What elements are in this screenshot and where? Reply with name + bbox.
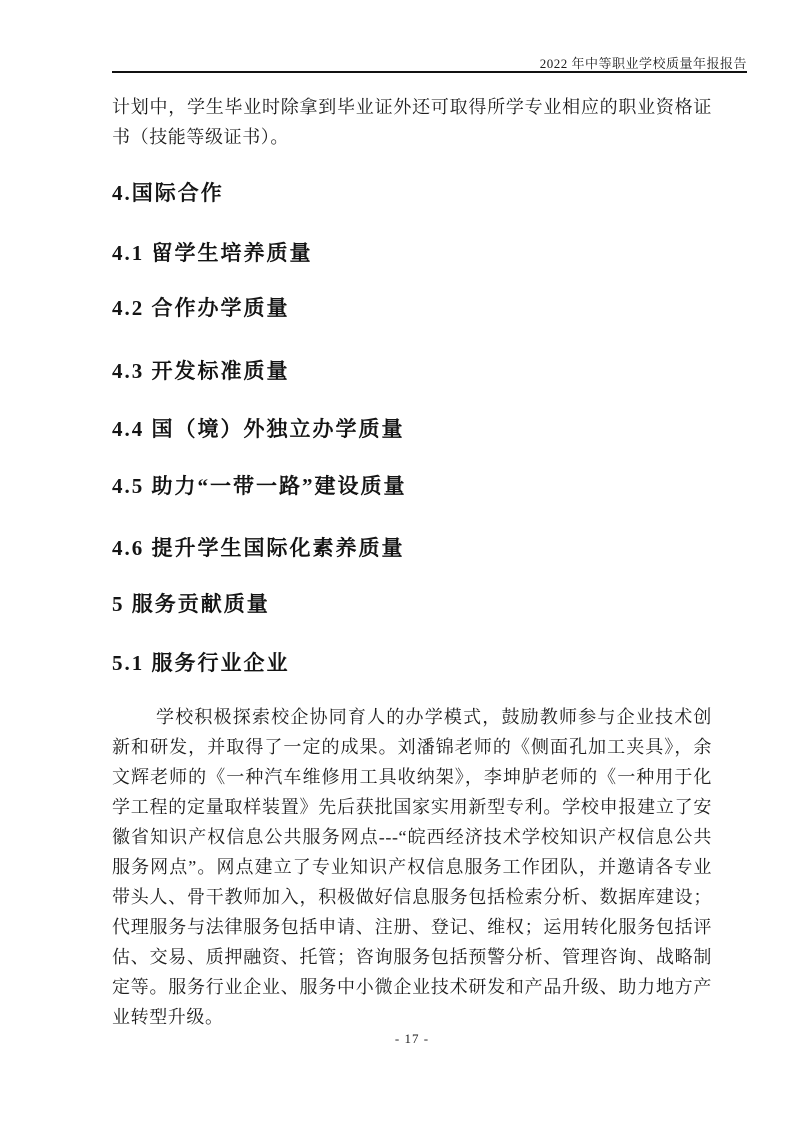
- heading-5-1-serving-industry-enterprises: 5.1 服务行业企业: [112, 651, 747, 675]
- heading-4-6-student-internationalization-quality: 4.6 提升学生国际化素养质量: [112, 536, 747, 560]
- heading-4-3-standards-development-quality: 4.3 开发标准质量: [112, 359, 747, 383]
- heading-4-1-international-student-quality: 4.1 留学生培养质量: [112, 241, 747, 265]
- page-footer: - 17 -: [112, 1031, 712, 1047]
- paragraph-section-5-1-body: 学校积极探索校企协同育人的办学模式，鼓励教师参与企业技术创新和研发，并取得了一定…: [112, 702, 712, 1032]
- paragraph-continuation: 计划中，学生毕业时除拿到毕业证外还可取得所学专业相应的职业资格证书（技能等级证书…: [112, 92, 712, 152]
- heading-4-international-cooperation: 4.国际合作: [112, 181, 747, 205]
- heading-4-5-belt-and-road-quality: 4.5 助力“一带一路”建设质量: [112, 474, 747, 498]
- document-page: 2022 年中等职业学校质量年报报告 计划中，学生毕业时除拿到毕业证外还可取得所…: [0, 0, 793, 1122]
- heading-4-4-overseas-independent-education-quality: 4.4 国（境）外独立办学质量: [112, 417, 747, 441]
- heading-5-service-contribution-quality: 5 服务贡献质量: [112, 592, 747, 616]
- header-rule: [112, 71, 747, 73]
- header-title: 2022 年中等职业学校质量年报报告: [112, 53, 747, 72]
- page-number: - 17 -: [395, 1031, 429, 1046]
- heading-4-2-cooperative-education-quality: 4.2 合作办学质量: [112, 296, 747, 320]
